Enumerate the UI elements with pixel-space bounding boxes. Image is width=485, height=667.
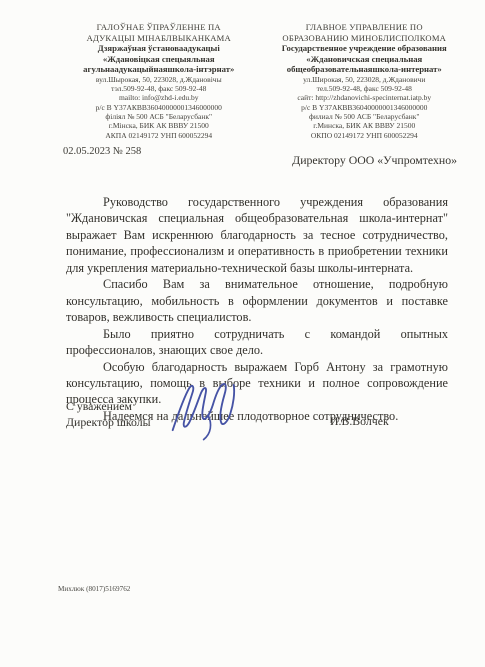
handwritten-signature-ink [164,375,248,444]
bank-account-line: р/с В Y37АКВВ36040000001346000000 [56,103,262,112]
bank-account-line: р/с В Y37АКВВ36040000001346000000 [262,103,468,112]
address-line: ул.Широкая, 50, 223028, д.Ждановичи [262,75,468,84]
organization-name-line: «Ждановіцкая спецыяльная [56,54,262,65]
phone-fax-line: тэл.509-92-48, факс 509-92-48 [56,84,262,93]
registration-codes-line: ОКПО 02149172 УНП 600052294 [262,131,468,140]
phone-fax-line: тел.509-92-48, факс 509-92-48 [262,84,468,93]
email-line: mailto: info@zhd-i.edu.by [56,93,262,102]
organization-name-line: Дзяржаўная ўстановаадукацыі [56,43,262,54]
letterhead-left: ГАЛОЎНАЕ ЎПРАЎЛЕННЕ ПА АДУКАЦЫІ МІНАБЛВЫ… [56,22,262,140]
department-name-line: ГЛАВНОЕ УПРАВЛЕНИЕ ПО [262,22,468,33]
address-line: вул.Шырокая, 50, 223028, д.Ждановічы [56,75,262,84]
organization-name-line: агульнаадукацыйнаяшкола-інтэрнат» [56,64,262,75]
bank-branch-line: филиал № 500 АСБ "Беларусбанк" [262,112,468,121]
bank-bic-line: г.Минска, БИК АК ВВВУ 21500 [262,121,468,130]
paragraph-thanks-service: Спасибо Вам за внимательное отношение, п… [66,276,448,325]
date-and-number: 02.05.2023 № 258 [63,146,141,157]
registration-codes-line: АКПА 02149172 УНП 600052294 [56,131,262,140]
signer-name: И.В.Волчек [330,414,389,429]
department-name-line: АДУКАЦЫІ МІНАБЛВЫКАНКАМА [56,33,262,44]
organization-name-line: «Ждановичская специальная [262,54,468,65]
addressee: Директору ООО «Учпромтехно» [292,153,457,168]
organization-name-line: Государственное учреждение образования [262,43,468,54]
letterhead: ГАЛОЎНАЕ ЎПРАЎЛЕННЕ ПА АДУКАЦЫІ МІНАБЛВЫ… [56,22,467,140]
bank-bic-line: г.Мінска, БИК АК ВВВУ 21500 [56,121,262,130]
letter-body: Руководство государственного учреждения … [66,194,448,424]
website-line: сайт: http://zhdanovichi-specinternat.ia… [262,93,468,102]
signature-block: С уважением Директор школы [66,398,151,430]
signer-position: Директор школы [66,414,151,430]
organization-name-line: общеобразовательнаяшкола-интернат» [262,64,468,75]
paragraph-team-praise: Было приятно сотрудничать с командой опы… [66,326,448,359]
closing-salutation: С уважением [66,398,151,414]
letterhead-right: ГЛАВНОЕ УПРАВЛЕНИЕ ПО ОБРАЗОВАНИЮ МИНОБЛ… [262,22,468,140]
paragraph-gratitude-intro: Руководство государственного учреждения … [66,194,448,276]
department-name-line: ОБРАЗОВАНИЮ МИНОБЛИСПОЛКОМА [262,33,468,44]
department-name-line: ГАЛОЎНАЕ ЎПРАЎЛЕННЕ ПА [56,22,262,33]
letter-page: ГАЛОЎНАЕ ЎПРАЎЛЕННЕ ПА АДУКАЦЫІ МІНАБЛВЫ… [0,0,485,667]
bank-branch-line: філіял № 500 АСБ "Беларусбанк" [56,112,262,121]
executor-contact: Михлюк (8017)5169762 [58,585,130,593]
